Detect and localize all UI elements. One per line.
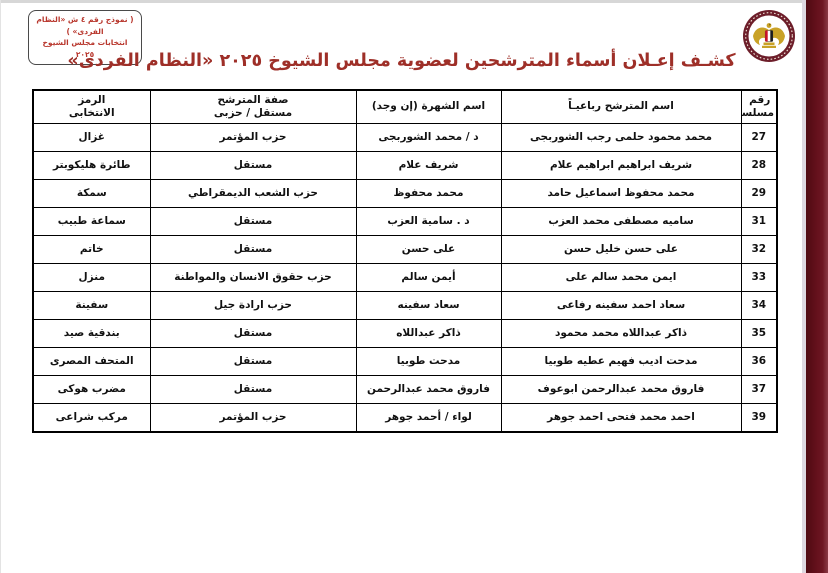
cell-capacity: حزب حقوق الانسان والمواطنة <box>150 264 356 292</box>
cell-electoral-symbol: منزل <box>33 264 150 292</box>
cell-electoral-symbol: المتحف المصرى <box>33 348 150 376</box>
cell-fame-name: شريف علام <box>356 152 501 180</box>
cell-electoral-symbol: مضرب هوكى <box>33 376 150 404</box>
cell-capacity: حزب المؤتمر <box>150 124 356 152</box>
cell-fame-name: مدحت طوبيا <box>356 348 501 376</box>
cell-serial: 33 <box>741 264 777 292</box>
header-fame-name: اسم الشهرة (إن وجد) <box>356 90 501 124</box>
cell-capacity: حزب المؤتمر <box>150 404 356 433</box>
table-row: 37فاروق محمد عبدالرحمن ابوعوففاروق محمد … <box>33 376 777 404</box>
cell-fame-name: ذاكر عبداللاه <box>356 320 501 348</box>
cell-candidate-name: ساميه مصطفى محمد العزب <box>501 208 741 236</box>
cell-serial: 28 <box>741 152 777 180</box>
cell-serial: 32 <box>741 236 777 264</box>
cell-electoral-symbol: مركب شراعى <box>33 404 150 433</box>
cell-electoral-symbol: خاتم <box>33 236 150 264</box>
scan-top-edge <box>0 0 828 3</box>
cell-serial: 39 <box>741 404 777 433</box>
cell-electoral-symbol: غزال <box>33 124 150 152</box>
cell-candidate-name: شريف ابراهيم ابراهيم علام <box>501 152 741 180</box>
cell-capacity: مستقل <box>150 348 356 376</box>
page-title: كشـف إعـلان أسماء المترشحين لعضوية مجلس … <box>0 51 803 71</box>
cell-serial: 35 <box>741 320 777 348</box>
cell-fame-name: فاروق محمد عبدالرحمن <box>356 376 501 404</box>
cell-candidate-name: احمد محمد فتحى احمد جوهر <box>501 404 741 433</box>
cell-candidate-name: فاروق محمد عبدالرحمن ابوعوف <box>501 376 741 404</box>
cell-candidate-name: سعاد احمد سفينه رفاعى <box>501 292 741 320</box>
header-serial: رقم مسلسل <box>741 90 777 124</box>
cell-fame-name: سعاد سفينه <box>356 292 501 320</box>
candidates-table: رقم مسلسل اسم المترشح رباعيـاً اسم الشهر… <box>32 89 778 433</box>
cell-fame-name: د / محمد الشوربجى <box>356 124 501 152</box>
cell-capacity: مستقل <box>150 208 356 236</box>
scan-binding-bar <box>806 0 828 573</box>
table-row: 34سعاد احمد سفينه رفاعىسعاد سفينهحزب ارا… <box>33 292 777 320</box>
cell-fame-name: د . سامية العزب <box>356 208 501 236</box>
scan-left-edge <box>0 0 1 573</box>
cell-fame-name: أيمن سالم <box>356 264 501 292</box>
cell-capacity: مستقل <box>150 376 356 404</box>
cell-electoral-symbol: سمكة <box>33 180 150 208</box>
table-header: رقم مسلسل اسم المترشح رباعيـاً اسم الشهر… <box>33 90 777 124</box>
table-row: 36مدحت اديب فهيم عطيه طوبيامدحت طوبيامست… <box>33 348 777 376</box>
cell-serial: 27 <box>741 124 777 152</box>
cell-serial: 31 <box>741 208 777 236</box>
cell-candidate-name: ايمن محمد سالم على <box>501 264 741 292</box>
table-row: 33ايمن محمد سالم علىأيمن سالمحزب حقوق ال… <box>33 264 777 292</box>
table-row: 31ساميه مصطفى محمد العزبد . سامية العزبم… <box>33 208 777 236</box>
cell-electoral-symbol: طائرة هليكوبتر <box>33 152 150 180</box>
table-body: 27محمد محمود حلمى رجب الشوربجىد / محمد ا… <box>33 124 777 433</box>
table-row: 29محمد محفوظ اسماعيل حامدمحمد محفوظحزب ا… <box>33 180 777 208</box>
cell-capacity: حزب الشعب الديمقراطي <box>150 180 356 208</box>
cell-capacity: مستقل <box>150 236 356 264</box>
table-row: 39احمد محمد فتحى احمد جوهرلواء / أحمد جو… <box>33 404 777 433</box>
cell-candidate-name: محمد محفوظ اسماعيل حامد <box>501 180 741 208</box>
cell-fame-name: لواء / أحمد جوهر <box>356 404 501 433</box>
scanned-document-page: { "colors":{ "title_red":"#9E2F28", "not… <box>0 0 828 573</box>
cell-electoral-symbol: بندقية صيد <box>33 320 150 348</box>
cell-electoral-symbol: سفينة <box>33 292 150 320</box>
cell-candidate-name: محمد محمود حلمى رجب الشوربجى <box>501 124 741 152</box>
table-row: 28شريف ابراهيم ابراهيم علامشريف علاممستق… <box>33 152 777 180</box>
cell-candidate-name: مدحت اديب فهيم عطيه طوبيا <box>501 348 741 376</box>
table-row: 27محمد محمود حلمى رجب الشوربجىد / محمد ا… <box>33 124 777 152</box>
cell-fame-name: محمد محفوظ <box>356 180 501 208</box>
header-electoral-symbol: الرمز الانتخابى <box>33 90 150 124</box>
header-capacity: صفة المترشح مستقل / حزبى <box>150 90 356 124</box>
form-note-line1: ( نموذج رقم ٤ ش «النظام الفردى» ) <box>36 15 133 36</box>
cell-candidate-name: على حسن خليل حسن <box>501 236 741 264</box>
cell-serial: 34 <box>741 292 777 320</box>
table-row: 35ذاكر عبداللاه محمد محمودذاكر عبداللاهم… <box>33 320 777 348</box>
cell-candidate-name: ذاكر عبداللاه محمد محمود <box>501 320 741 348</box>
cell-capacity: حزب ارادة جيل <box>150 292 356 320</box>
cell-fame-name: على حسن <box>356 236 501 264</box>
cell-serial: 37 <box>741 376 777 404</box>
cell-capacity: مستقل <box>150 152 356 180</box>
cell-capacity: مستقل <box>150 320 356 348</box>
cell-serial: 36 <box>741 348 777 376</box>
table-row: 32على حسن خليل حسنعلى حسنمستقلخاتم <box>33 236 777 264</box>
cell-serial: 29 <box>741 180 777 208</box>
header-candidate-name: اسم المترشح رباعيـاً <box>501 90 741 124</box>
cell-electoral-symbol: سماعة طبيب <box>33 208 150 236</box>
